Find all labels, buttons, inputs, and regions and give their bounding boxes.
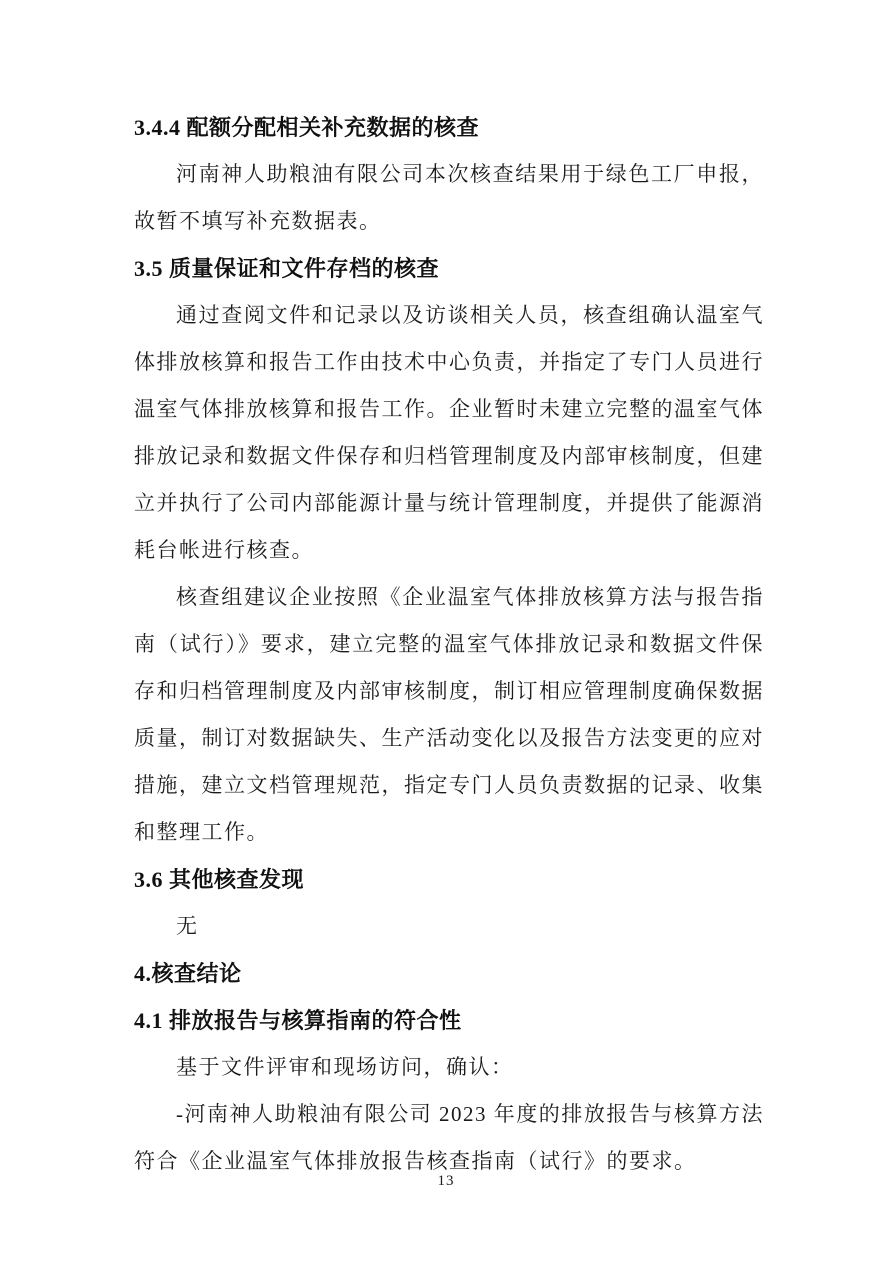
heading-3-6-other-findings: 3.6 其他核查发现: [134, 856, 764, 903]
heading-4-1-report-guideline-conformity: 4.1 排放报告与核算指南的符合性: [134, 997, 764, 1044]
para-other-findings-none: 无: [134, 903, 764, 950]
heading-3-5-quality-assurance-archiving: 3.5 质量保证和文件存档的核查: [134, 245, 764, 292]
document-content: 3.4.4 配额分配相关补充数据的核查 河南神人助粮油有限公司本次核查结果用于绿…: [134, 104, 764, 1185]
para-confirmation-intro: 基于文件评审和现场访问，确认：: [134, 1044, 764, 1091]
para-qa-verification-findings: 通过查阅文件和记录以及访谈相关人员，核查组确认温室气体排放核算和报告工作由技术中…: [134, 292, 764, 574]
heading-3-4-4-quota-supplementary-data: 3.4.4 配额分配相关补充数据的核查: [134, 104, 764, 151]
document-page: 3.4.4 配额分配相关补充数据的核查 河南神人助粮油有限公司本次核查结果用于绿…: [0, 0, 892, 1262]
para-conclusion-compliance: -河南神人助粮油有限公司 2023 年度的排放报告与核算方法符合《企业温室气体排…: [134, 1091, 764, 1185]
para-supplementary-data-not-filled: 河南神人助粮油有限公司本次核查结果用于绿色工厂申报，故暂不填写补充数据表。: [134, 151, 764, 245]
page-number: 13: [0, 1173, 892, 1190]
heading-4-verification-conclusion: 4.核查结论: [134, 950, 764, 997]
para-qa-verification-recommendation: 核查组建议企业按照《企业温室气体排放核算方法与报告指南（试行）》要求，建立完整的…: [134, 574, 764, 856]
